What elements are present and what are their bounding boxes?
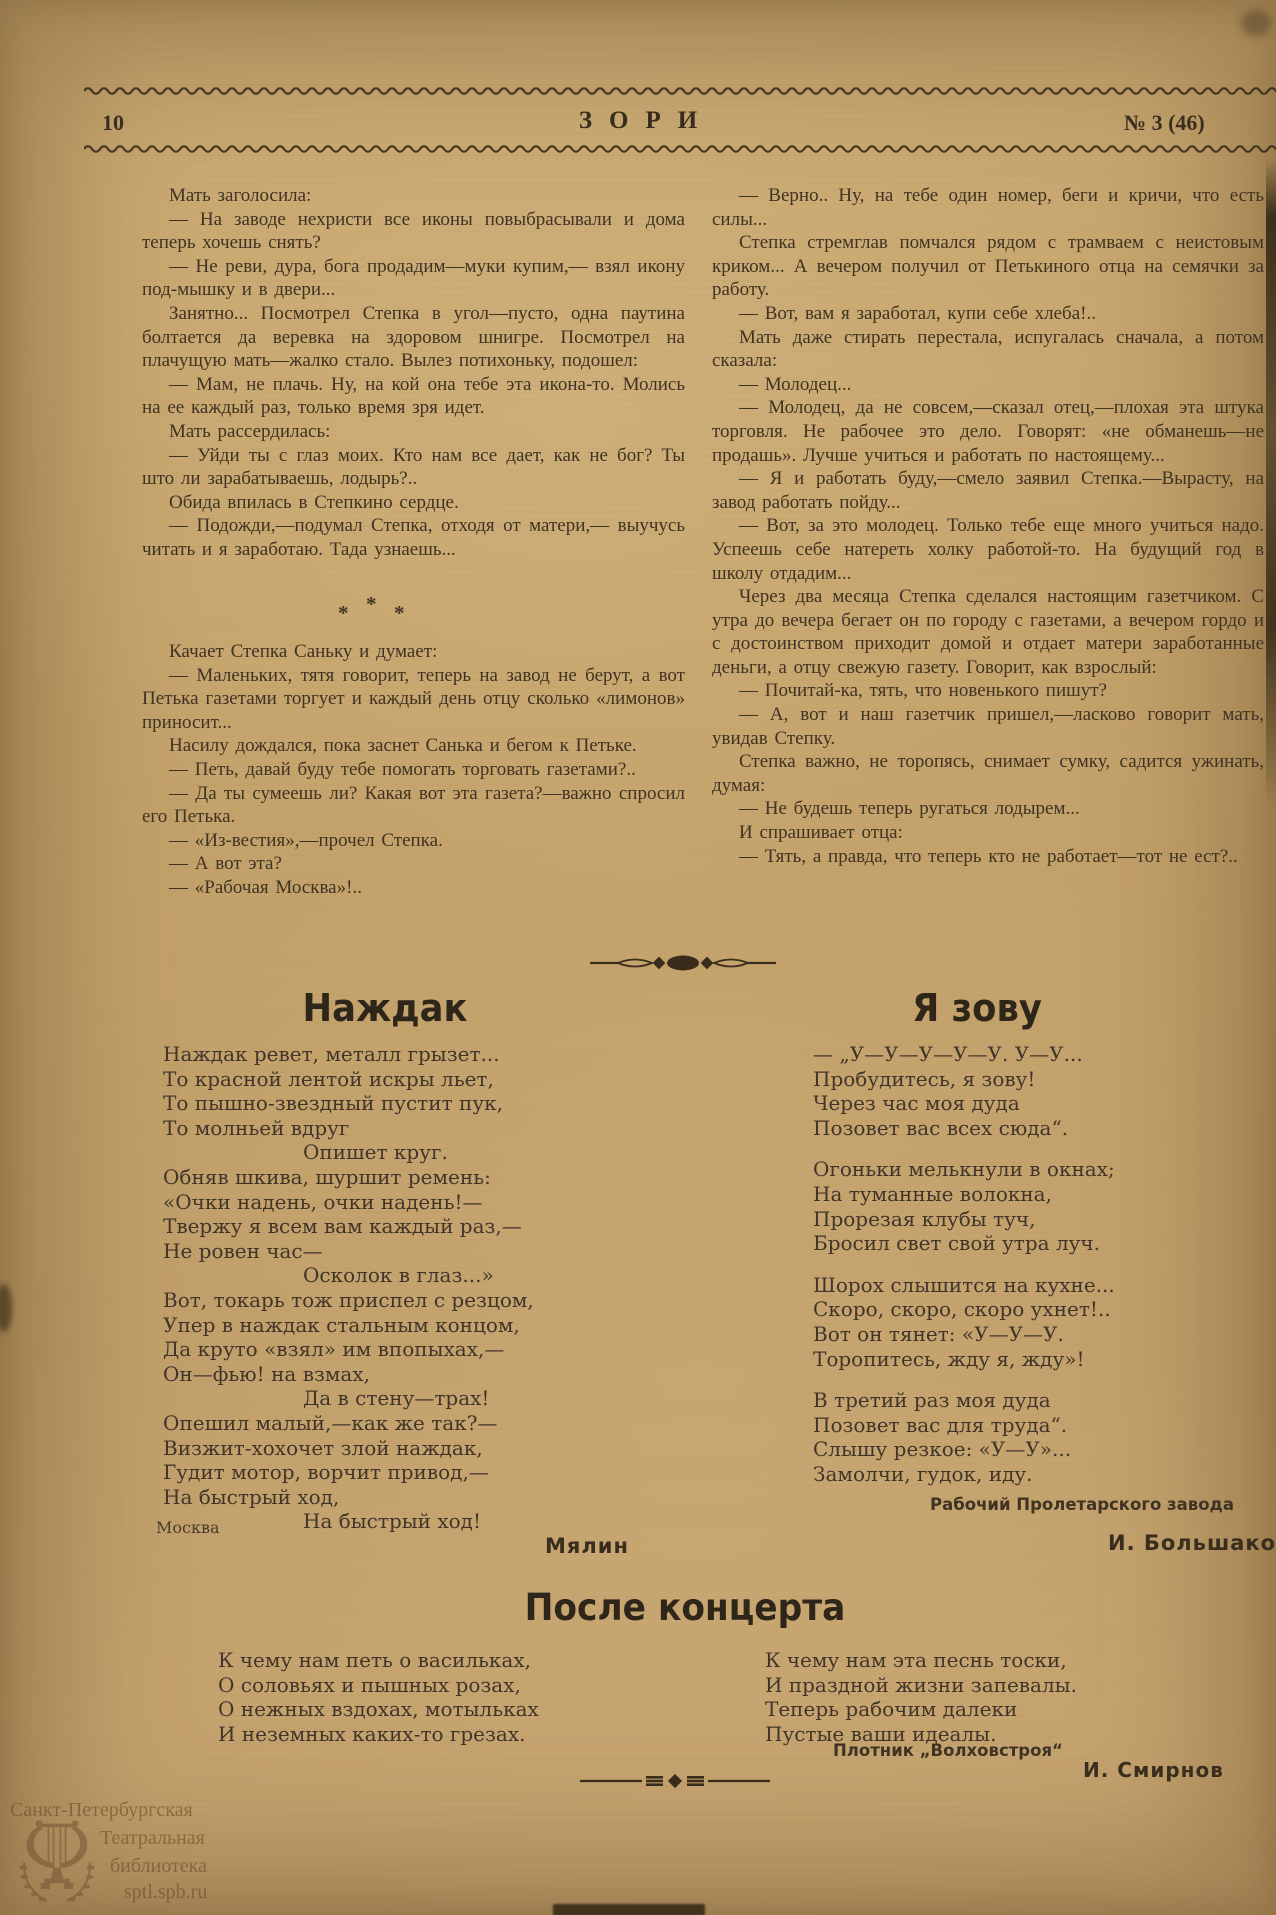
poem-line: Обняв шкива, шуршит ремень: bbox=[163, 1165, 603, 1190]
poem-title-nazhdak: Наждак bbox=[303, 986, 468, 1030]
story-paragraph: — Почитай-ка, тять, что новенького пишут… bbox=[712, 679, 1264, 703]
poem-line: На туманные волокна, bbox=[813, 1182, 1243, 1207]
scan-bottom-edge-mark bbox=[553, 1904, 705, 1915]
story-paragraph: — Верно.. Ну, на тебе один номер, беги и… bbox=[712, 184, 1264, 231]
magazine-page-scan: 10 ЗОРИ № 3 (46) Мать заголосила:— На за… bbox=[0, 0, 1276, 1915]
story-paragraph: Мать заголосила: bbox=[142, 184, 685, 208]
story-paragraph: — Уйди ты с глаз моих. Кто нам все дает,… bbox=[142, 444, 685, 491]
watermark-library-name-line1: Санкт-Петербургская bbox=[10, 1799, 193, 1822]
poem-line: Теперь рабочим далеки bbox=[765, 1697, 1205, 1722]
poem-line: Твержу я всем вам каждый раз,— bbox=[163, 1214, 603, 1239]
poem-line: На быстрый ход, bbox=[163, 1485, 603, 1510]
story-left-column-part2: Качает Степка Саньку и думает:— Маленьки… bbox=[142, 640, 685, 900]
story-paragraph: — Мам, не плачь. Ну, на кой она тебе эта… bbox=[142, 373, 685, 420]
header-rule-bottom bbox=[84, 143, 1276, 155]
poem-author-smirnov: И. Смирнов bbox=[1083, 1758, 1224, 1782]
poem-title-ya-zovu: Я зову bbox=[912, 986, 1042, 1030]
story-paragraph: Насилу дождался, пока заснет Санька и бе… bbox=[142, 734, 685, 758]
poem-line: Замолчи, гудок, иду. bbox=[813, 1462, 1243, 1487]
footer-ornament bbox=[580, 1771, 770, 1791]
poem-line: Бросил свет свой утра луч. bbox=[813, 1231, 1243, 1256]
story-paragraph: Обида впилась в Степкино сердце. bbox=[142, 491, 685, 515]
poem-nazhdak-text: Наждак ревет, металл грызет...То красной… bbox=[163, 1042, 603, 1534]
poem-stanza: Огоньки мелькнули в окнах;На туманные во… bbox=[813, 1157, 1243, 1255]
story-paragraph: — Подожди,—подумал Степка, отходя от мат… bbox=[142, 514, 685, 561]
poem-line: Прорезая клубы туч, bbox=[813, 1207, 1243, 1232]
poem-line: Вот, токарь тож приспел с резцом, bbox=[163, 1288, 603, 1313]
poem-line: Да в стену—трах! bbox=[163, 1386, 603, 1411]
scan-smudge-top-right bbox=[1241, 10, 1271, 36]
scan-blob-left-edge bbox=[0, 1284, 12, 1332]
poem-line: Торопитесь, жду я, жду»! bbox=[813, 1347, 1243, 1372]
poem-stanza: — „У—У—У—У—У. У—У...Пробудитесь, я зову!… bbox=[813, 1042, 1243, 1140]
story-paragraph: — Не реви, дура, бога продадим—муки купи… bbox=[142, 255, 685, 302]
story-paragraph: — На заводе нехристи все иконы повыбрасы… bbox=[142, 208, 685, 255]
story-paragraph: — Да ты сумеешь ли? Какая вот эта газета… bbox=[142, 782, 685, 829]
lyre-emblem-icon bbox=[14, 1814, 100, 1909]
story-paragraph: — «Рабочая Москва»!.. bbox=[142, 876, 685, 900]
header-rule-top bbox=[84, 85, 1276, 97]
poem-place-moskva: Москва bbox=[156, 1518, 220, 1537]
poem-line: О соловьях и пышных розах, bbox=[218, 1673, 658, 1698]
journal-title: ЗОРИ bbox=[0, 107, 1276, 135]
poem-credit-smirnov: Плотник „Волховстроя“ bbox=[833, 1741, 1063, 1760]
story-paragraph: Мать даже стирать перестала, испугалась … bbox=[712, 326, 1264, 373]
story-paragraph: Степка стремглав помчался рядом с трамва… bbox=[712, 231, 1264, 302]
poem-line: И праздной жизни запевалы. bbox=[765, 1673, 1205, 1698]
watermark-library-name-line3: библиотека bbox=[110, 1855, 207, 1878]
poem-line: Шорох слышится на кухне... bbox=[813, 1273, 1243, 1298]
poem-line: — „У—У—У—У—У. У—У... bbox=[813, 1042, 1243, 1067]
poem-line: Огоньки мелькнули в окнах; bbox=[813, 1157, 1243, 1182]
poem-line: Скоро, скоро, скоро ухнет!.. bbox=[813, 1297, 1243, 1322]
poem-line: И неземных каких-то грезах. bbox=[218, 1722, 658, 1747]
poem-line: Опишет круг. bbox=[163, 1140, 603, 1165]
asterisk: * bbox=[394, 601, 405, 626]
poem-line: Через час моя дуда bbox=[813, 1091, 1243, 1116]
story-paragraph: И спрашивает отца: bbox=[712, 821, 1264, 845]
story-paragraph: — «Из-вестия»,—прочел Степка. bbox=[142, 829, 685, 853]
poem-stanza: В третий раз моя дудаПозовет вас для тру… bbox=[813, 1388, 1243, 1486]
poem-line: О нежных вздохах, мотыльках bbox=[218, 1697, 658, 1722]
poem-line: «Очки надень, очки надень!— bbox=[163, 1190, 603, 1215]
poem-line: Позовет вас для труда“. bbox=[813, 1413, 1243, 1438]
poem-line: Упер в наждак стальным концом, bbox=[163, 1313, 603, 1338]
watermark-library-url: sptl.spb.ru bbox=[124, 1881, 207, 1904]
poem-line: То пышно-звездный пустит пук, bbox=[163, 1091, 603, 1116]
story-paragraph: — Я и работать буду,—смело заявил Степка… bbox=[712, 467, 1264, 514]
story-paragraph: — Молодец, да не совсем,—сказал отец,—пл… bbox=[712, 396, 1264, 467]
story-paragraph: — Петь, давай буду тебе помогать торгова… bbox=[142, 758, 685, 782]
section-divider-ornament bbox=[588, 953, 778, 973]
poem-author-myalin: Мялин bbox=[545, 1534, 629, 1558]
story-paragraph: Степка важно, не торопясь, снимает сумку… bbox=[712, 750, 1264, 797]
story-paragraph: — Не будешь теперь ругаться лодырем... bbox=[712, 797, 1264, 821]
poem-line: Вот он тянет: «У—У—У. bbox=[813, 1322, 1243, 1347]
poem-line: Визжит-хохочет злой наждак, bbox=[163, 1436, 603, 1461]
issue-number: № 3 (46) bbox=[1124, 110, 1205, 136]
story-right-column: — Верно.. Ну, на тебе один номер, беги и… bbox=[712, 184, 1264, 868]
poem-line: Наждак ревет, металл грызет... bbox=[163, 1042, 603, 1067]
poem-line: Позовет вас всех сюда“. bbox=[813, 1116, 1243, 1141]
poem-credit-bolshakov: Рабочий Пролетарского завода bbox=[930, 1495, 1234, 1514]
story-paragraph: — Вот, за это молодец. Только тебе еще м… bbox=[712, 514, 1264, 585]
story-paragraph: — Вот, вам я заработал, купи себе хлеба!… bbox=[712, 302, 1264, 326]
poem-line: Да круто «взял» им впопыхах,— bbox=[163, 1337, 603, 1362]
poem-line: То красной лентой искры льет, bbox=[163, 1067, 603, 1092]
story-paragraph: Мать рассердилась: bbox=[142, 420, 685, 444]
poem-author-bolshakov: И. Большаков bbox=[1108, 1531, 1276, 1555]
asterisk-separator: * * * bbox=[338, 592, 414, 624]
story-paragraph: Занятно... Посмотрел Степка в угол—пусто… bbox=[142, 302, 685, 373]
story-paragraph: — Молодец... bbox=[712, 373, 1264, 397]
poem-line: Пробудитесь, я зову! bbox=[813, 1067, 1243, 1092]
scan-right-edge-shadow bbox=[1266, 158, 1276, 808]
poem-title-posle-kontserta: После концерта bbox=[525, 1586, 846, 1629]
poem-posle-left-column: К чему нам петь о васильках,О соловьях и… bbox=[218, 1648, 658, 1746]
story-left-column-part1: Мать заголосила:— На заводе нехристи все… bbox=[142, 184, 685, 562]
poem-line: На быстрый ход! bbox=[163, 1509, 603, 1534]
story-paragraph: — А, вот и наш газетчик пришел,—ласково … bbox=[712, 703, 1264, 750]
poem-line: Гудит мотор, ворчит привод,— bbox=[163, 1460, 603, 1485]
story-paragraph: — А вот эта? bbox=[142, 852, 685, 876]
poem-line: То молньей вдруг bbox=[163, 1116, 603, 1141]
poem-line: Слышу резкое: «У—У»... bbox=[813, 1437, 1243, 1462]
story-paragraph: Качает Степка Саньку и думает: bbox=[142, 640, 685, 664]
watermark-library-name-line2: Театральная bbox=[100, 1827, 205, 1850]
poem-line: Опешил малый,—как же так?— bbox=[163, 1411, 603, 1436]
poem-line: Он—фью! на взмах, bbox=[163, 1362, 603, 1387]
poem-line: К чему нам петь о васильках, bbox=[218, 1648, 658, 1673]
poem-stanza: Шорох слышится на кухне...Скоро, скоро, … bbox=[813, 1273, 1243, 1371]
story-paragraph: Через два месяца Степка сделался настоящ… bbox=[712, 585, 1264, 679]
poem-line: К чему нам эта песнь тоски, bbox=[765, 1648, 1205, 1673]
poem-line: В третий раз моя дуда bbox=[813, 1388, 1243, 1413]
story-paragraph: — Тять, а правда, что теперь кто не рабо… bbox=[712, 845, 1264, 869]
asterisk: * bbox=[366, 592, 377, 617]
poem-posle-right-column: К чему нам эта песнь тоски,И праздной жи… bbox=[765, 1648, 1205, 1746]
story-paragraph: — Маленьких, тятя говорит, теперь на зав… bbox=[142, 664, 685, 735]
asterisk: * bbox=[338, 601, 349, 626]
poem-line: Не ровен час— bbox=[163, 1239, 603, 1264]
poem-line: Осколок в глаз...» bbox=[163, 1263, 603, 1288]
poem-ya-zovu-text: — „У—У—У—У—У. У—У...Пробудитесь, я зову!… bbox=[813, 1042, 1243, 1487]
